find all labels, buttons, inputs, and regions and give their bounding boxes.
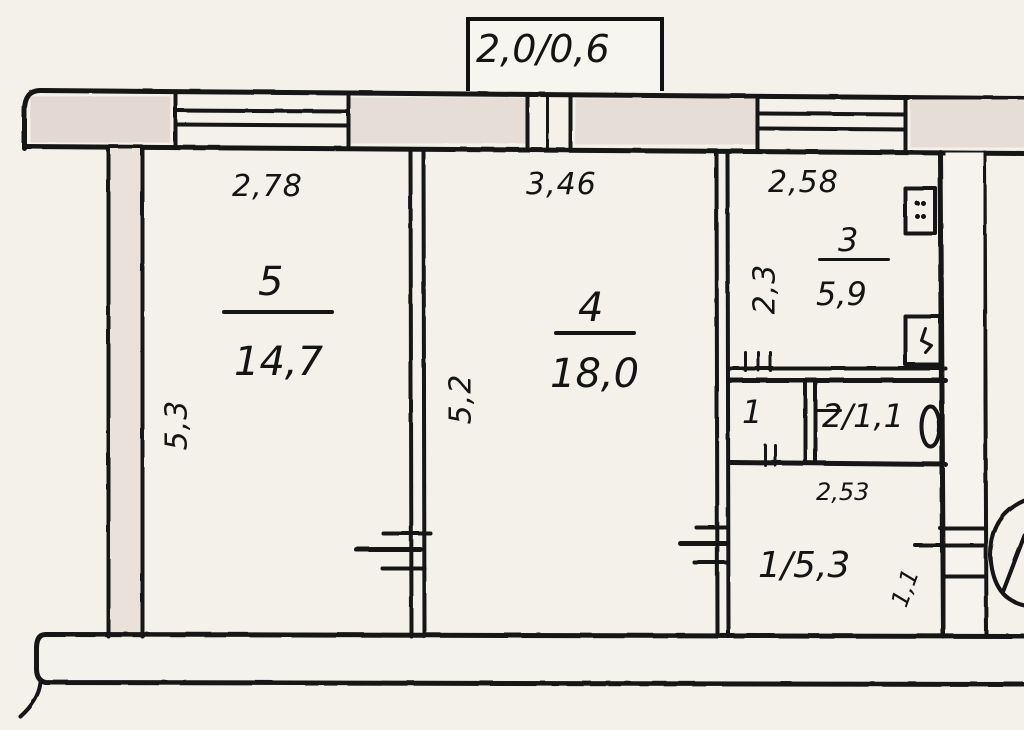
balcony-label: 2,0/0,6 [476,30,610,68]
floor-plan-drawing [0,0,1024,730]
toilet-fixture [921,406,939,446]
exterior-wall-left [108,148,142,636]
room-1-width-dim: 2,53 [816,480,869,504]
window-room-5 [175,93,348,147]
balcony-door [527,96,570,148]
room-4-length-dim: 5,2 [446,374,476,425]
room-1-label: 1/5,3 [758,548,850,584]
room-4-width-dim: 3,46 [526,170,597,200]
room-3-number: 3 [838,224,858,256]
room-4-number: 4 [578,288,603,328]
window-room-3 [757,96,905,150]
room-3-fraction-line [818,258,890,261]
room-3-width-dim: 2,58 [768,168,839,198]
room-3-length-dim: 2,3 [750,264,780,315]
room-3-area: 5,9 [816,278,867,310]
sink-fixture [905,316,940,364]
room-4-fraction-line [554,331,636,335]
floor-plan: 2,0/0,6 2,78 5 14,7 5,3 3,46 4 18,0 5,2 … [0,0,1024,730]
partition-5-4 [356,150,430,636]
exterior-wall-bottom [20,634,1024,716]
partition-4-3 [680,152,728,636]
room-5-length-dim: 5,3 [162,400,192,451]
partition-right [940,152,986,636]
room-4-area: 18,0 [550,354,639,394]
room-2-label: 2/1,1 [822,400,904,432]
stove-fixture [905,188,935,233]
room-5-fraction-line [222,310,334,314]
room-5-width-dim: 2,78 [232,172,303,202]
room-5-area: 14,7 [234,342,323,382]
toilet-room-number: 1 [742,396,762,428]
room-5-number: 5 [258,262,283,302]
